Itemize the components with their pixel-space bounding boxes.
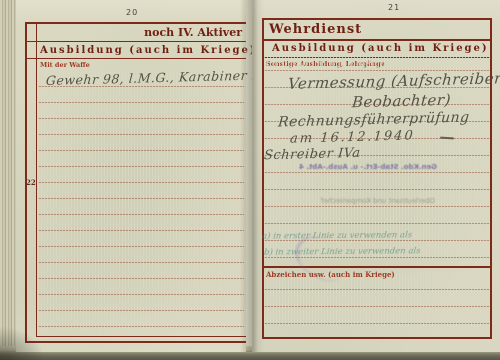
right-page: 21 Wehrdienst Ausbildung (auch im Kriege… [252,0,500,352]
training-entry-line-2: Beobachter) [351,91,451,112]
left-section-header: Ausbildung (auch im Kriege) [40,45,244,56]
right-frame-top [262,18,492,20]
left-frame-bottom-thin [36,336,246,337]
training-entry-rank: Schreiber IVa [263,146,361,164]
sheet-number: 22 [26,178,36,187]
right-frame-band-divider [262,39,492,41]
right-section-header: Ausbildung (auch im Kriege) [272,43,488,54]
book-spine-shadow [240,0,264,352]
wehrpass-open-book: 20 noch IV. Aktiver Ausbildung (auch im … [0,0,500,360]
left-ruled-lines [38,71,244,333]
chapter-continuation-header: noch IV. Aktiver [144,26,242,39]
right-ruled-lines-bottom [264,273,490,325]
left-frame-header-bottom [25,58,246,59]
left-frame-top [25,22,246,24]
badges-section-divider [262,266,492,268]
left-page-number: 20 [126,8,138,17]
left-frame-inner-vertical [36,22,37,336]
right-page-number: 21 [388,3,400,12]
left-field-label: Mit der Waffe [40,61,90,69]
bottom-left-corner-shadow [0,326,46,360]
left-frame-bottom-thick [25,341,246,343]
badges-header: Abzeichen usw. (auch im Kriege) [266,270,395,279]
left-page: 20 noch IV. Aktiver Ausbildung (auch im … [16,0,246,352]
right-frame-bottom [262,337,492,339]
unit-stamp-bleedthrough: Gen.Kdo. Stab-Ert.- u. Ausb.-Abt. 4 [268,163,468,171]
left-frame-band-divider [25,41,246,42]
signature-bleedthrough: Oberleutnant und Kompaniechef [300,197,435,205]
offset-print-line-a: a) in erster Linie zu verwenden als [262,230,413,241]
chapter-header: Wehrdienst [269,22,362,37]
right-frame-right-vertical [490,18,492,339]
